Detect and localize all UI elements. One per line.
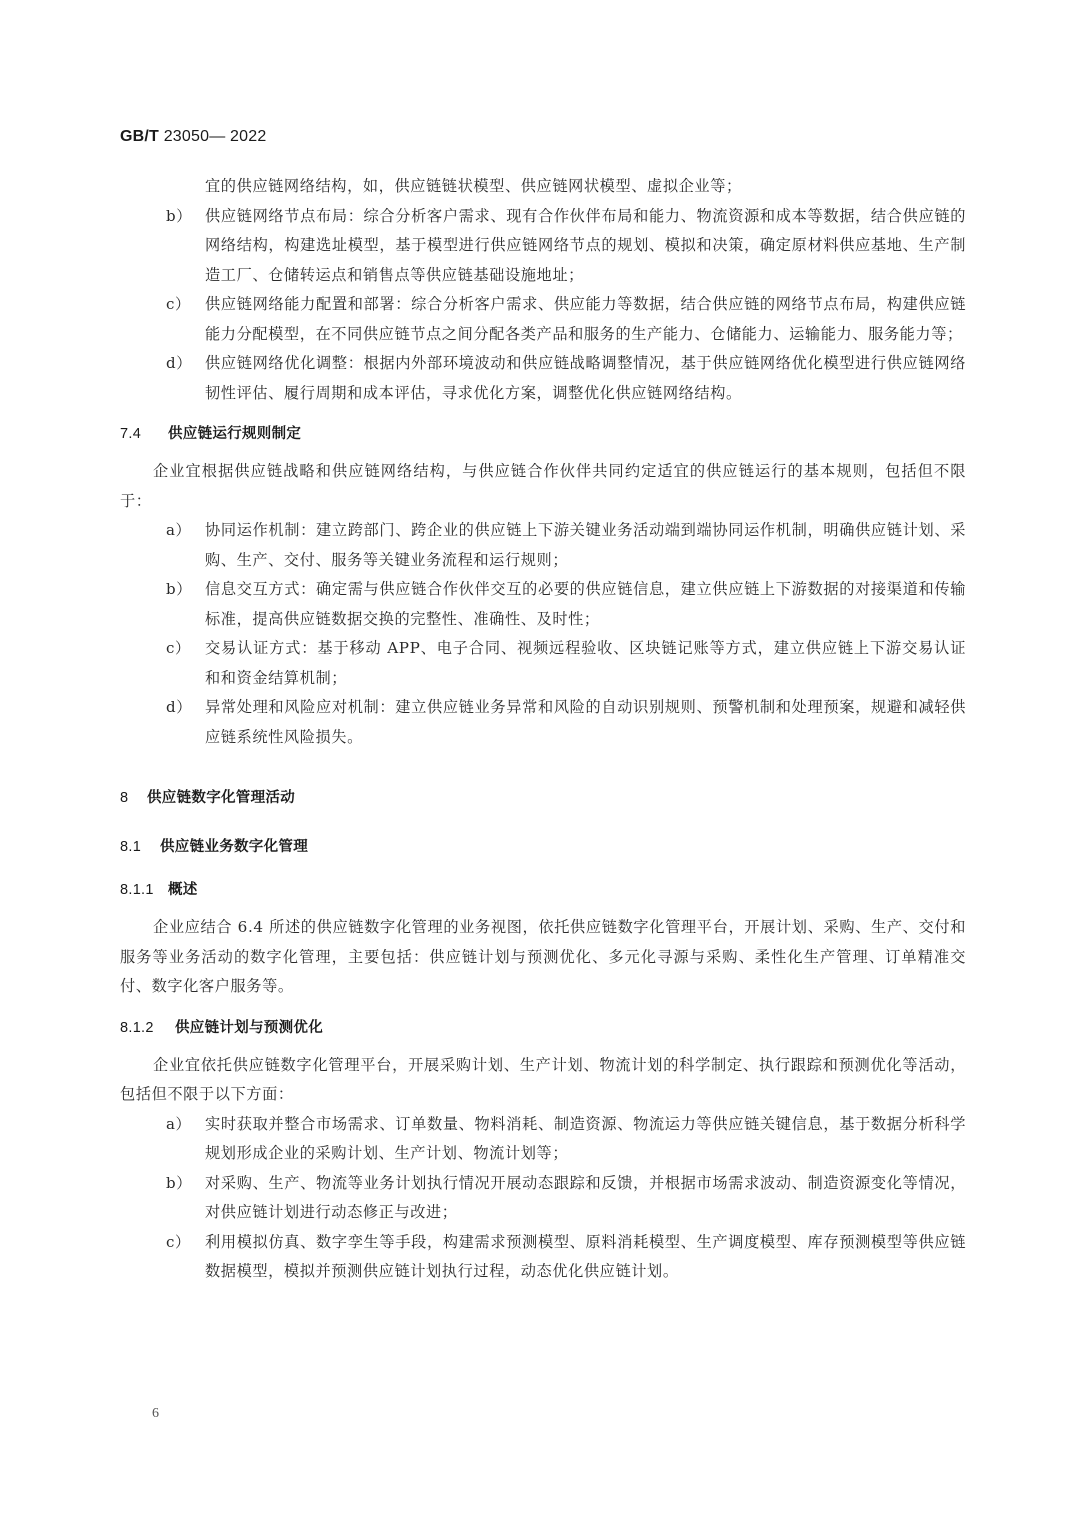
list-item-continuation: 宜的供应链网络结构，如，供应链链状模型、供应链网状模型、虚拟企业等； (120, 172, 966, 202)
list-marker: b） (166, 1169, 192, 1199)
list-item: c） 交易认证方式：基于移动 APP、电子合同、视频远程验收、区块链记账等方式，… (120, 634, 966, 693)
list-item: a） 协同运作机制：建立跨部门、跨企业的供应链上下游关键业务活动端到端协同运作机… (120, 516, 966, 575)
standard-number: 23050 (164, 128, 210, 145)
section-number: 7.4 (120, 426, 168, 442)
list-marker: c） (166, 1228, 191, 1258)
section-intro: 企业宜根据供应链战略和供应链网络结构，与供应链合作伙伴共同约定适宜的供应链运行的… (120, 457, 966, 516)
standard-prefix: GB/T (120, 128, 159, 145)
page-number: 6 (152, 1406, 159, 1422)
list-item: a） 实时获取并整合市场需求、订单数量、物料消耗、制造资源、物流运力等供应链关键… (120, 1110, 966, 1169)
list-marker: d） (166, 693, 192, 723)
list-item: d） 供应链网络优化调整：根据内外部环境波动和供应链战略调整情况，基于供应链网络… (120, 349, 966, 408)
list-item: c） 利用模拟仿真、数字孪生等手段，构建需求预测模型、原料消耗模型、生产调度模型… (120, 1228, 966, 1287)
list-item: b） 对采购、生产、物流等业务计划执行情况开展动态跟踪和反馈，并根据市场需求波动… (120, 1169, 966, 1228)
section-number: 8.1.2 (120, 1020, 175, 1036)
list-item-text: 供应链网络节点布局：综合分析客户需求、现有合作伙伴布局和能力、物流资源和成本等数… (205, 207, 966, 284)
list-item: b） 供应链网络节点布局：综合分析客户需求、现有合作伙伴布局和能力、物流资源和成… (120, 202, 966, 291)
section-heading-8: 8供应链数字化管理活动 (120, 786, 966, 807)
list-item-text: 利用模拟仿真、数字孪生等手段，构建需求预测模型、原料消耗模型、生产调度模型、库存… (205, 1233, 966, 1281)
section-title: 概述 (168, 882, 198, 898)
section-number: 8 (120, 790, 147, 806)
section-body: 企业应结合 6.4 所述的供应链数字化管理的业务视图，依托供应链数字化管理平台，… (120, 913, 966, 1002)
standard-separator: — (209, 128, 225, 145)
section-heading-7-4: 7.4供应链运行规则制定 (120, 422, 966, 443)
list-marker: b） (166, 202, 192, 232)
list-marker: c） (166, 634, 191, 664)
section-title: 供应链计划与预测优化 (175, 1020, 323, 1036)
list-item-text: 实时获取并整合市场需求、订单数量、物料消耗、制造资源、物流运力等供应链关键信息，… (205, 1115, 966, 1163)
list-item-text: 异常处理和风险应对机制：建立供应链业务异常和风险的自动识别规则、预警机制和处理预… (205, 698, 966, 746)
list-item-text: 协同运作机制：建立跨部门、跨企业的供应链上下游关键业务活动端到端协同运作机制，明… (205, 521, 966, 569)
list-item-text: 信息交互方式：确定需与供应链合作伙伴交互的必要的供应链信息，建立供应链上下游数据… (205, 580, 966, 628)
list-marker: a） (166, 516, 191, 546)
list-item: b） 信息交互方式：确定需与供应链合作伙伴交互的必要的供应链信息，建立供应链上下… (120, 575, 966, 634)
document-body: 宜的供应链网络结构，如，供应链链状模型、供应链网状模型、虚拟企业等； b） 供应… (120, 172, 966, 1287)
section-heading-8-1-1: 8.1.1概述 (120, 878, 966, 899)
list-marker: b） (166, 575, 192, 605)
list-item: c） 供应链网络能力配置和部署：综合分析客户需求、供应能力等数据，结合供应链的网… (120, 290, 966, 349)
section-title: 供应链运行规则制定 (168, 426, 301, 442)
list-item-text: 供应链网络能力配置和部署：综合分析客户需求、供应能力等数据，结合供应链的网络节点… (205, 295, 966, 343)
section-heading-8-1-2: 8.1.2供应链计划与预测优化 (120, 1016, 966, 1037)
list-marker: a） (166, 1110, 191, 1140)
section-title: 供应链数字化管理活动 (147, 790, 295, 806)
section-heading-8-1: 8.1供应链业务数字化管理 (120, 835, 966, 856)
list-item: d） 异常处理和风险应对机制：建立供应链业务异常和风险的自动识别规则、预警机制和… (120, 693, 966, 752)
document-header: GB/T 23050— 2022 (120, 128, 266, 146)
list-marker: c） (166, 290, 191, 320)
section-number: 8.1 (120, 839, 160, 855)
section-intro: 企业宜依托供应链数字化管理平台，开展采购计划、生产计划、物流计划的科学制定、执行… (120, 1051, 966, 1110)
standard-year: 2022 (230, 128, 266, 145)
section-title: 供应链业务数字化管理 (160, 839, 308, 855)
list-item-text: 交易认证方式：基于移动 APP、电子合同、视频远程验收、区块链记账等方式，建立供… (205, 639, 966, 687)
list-item-text: 对采购、生产、物流等业务计划执行情况开展动态跟踪和反馈，并根据市场需求波动、制造… (205, 1174, 966, 1222)
section-number: 8.1.1 (120, 882, 168, 898)
list-item-text: 供应链网络优化调整：根据内外部环境波动和供应链战略调整情况，基于供应链网络优化模… (205, 354, 966, 402)
list-marker: d） (166, 349, 192, 379)
